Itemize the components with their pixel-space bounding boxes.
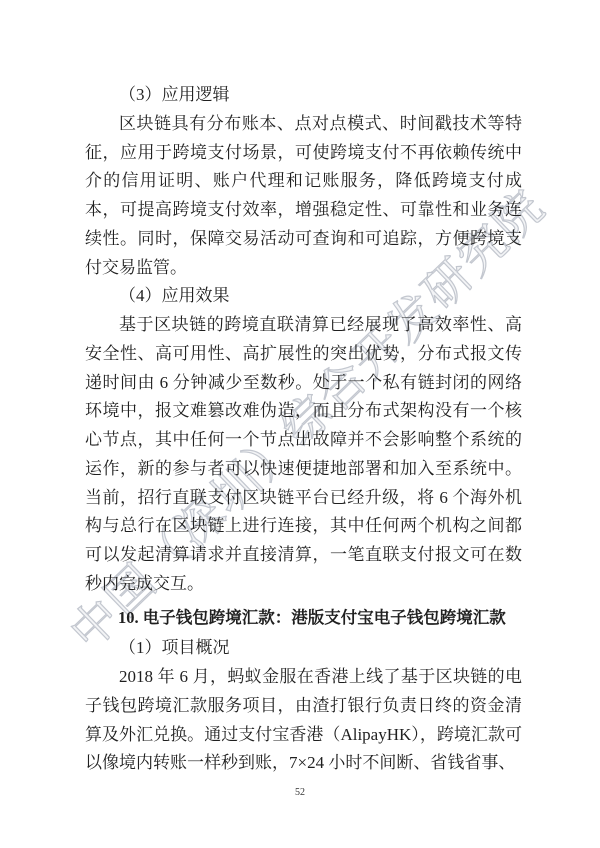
- paragraph-application-logic: 区块链具有分布账本、点对点模式、时间戳技术等特征，应用于跨境支付场景，可使跨境支…: [85, 110, 522, 283]
- paragraph-application-effect: 基于区块链的跨境直联清算已经展现了高效率性、高安全性、高可用性、高扩展性的突出优…: [85, 311, 522, 599]
- subheading-project-overview: （1）项目概况: [85, 634, 522, 663]
- subheading-application-logic: （3）应用逻辑: [85, 81, 522, 110]
- document-page: 中国（深圳）综合开发研究院 （3）应用逻辑 区块链具有分布账本、点对点模式、时间…: [0, 0, 600, 848]
- page-number: 52: [0, 787, 600, 798]
- subheading-application-effect: （4）应用效果: [85, 282, 522, 311]
- section-heading-ewallet-remittance: 10. 电子钱包跨境汇款：港版支付宝电子钱包跨境汇款: [85, 604, 522, 633]
- paragraph-project-overview: 2018 年 6 月，蚂蚁金服在香港上线了基于区块链的电子钱包跨境汇款服务项目，…: [85, 663, 522, 778]
- page-content: （3）应用逻辑 区块链具有分布账本、点对点模式、时间戳技术等特征，应用于跨境支付…: [85, 81, 522, 778]
